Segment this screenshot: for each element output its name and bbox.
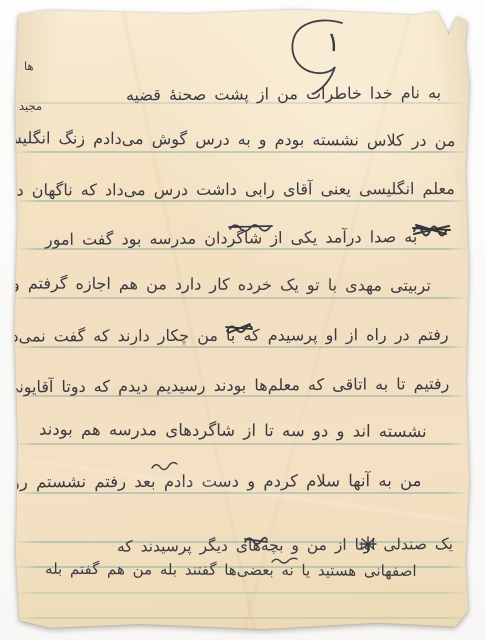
strikethrough-scribble <box>228 219 274 235</box>
handwritten-line: نشسته اند و دو سه تا از شاگردهای مدرسه ه… <box>39 410 427 442</box>
insertion-note: ها <box>24 61 34 73</box>
ruled-line <box>15 346 468 348</box>
handwritten-line: تربیتی مهدی با تو یک خرده کار دارد من هم… <box>12 262 431 295</box>
insertion-note: مجید <box>19 101 42 113</box>
ruled-line <box>15 297 468 299</box>
ruled-line <box>15 617 468 619</box>
ruled-line <box>15 492 468 494</box>
handwritten-line: به نام خدا خاطرات من از پشت صحنهٔ قضیه <box>126 72 441 104</box>
scribble-mark <box>243 533 269 549</box>
scan-background: ۱ به نام خدا خاطرات من از پشت صحنهٔ قضیه… <box>0 0 485 640</box>
pen-dash <box>60 630 69 633</box>
handwritten-line: اصفهانی هستید یا نه بعضی‌ها گفتند بله من… <box>45 552 417 580</box>
handwritten-line: رفتیم تا به اتاقی که معلم‌ها بودند رسیدی… <box>5 363 449 396</box>
ruled-line <box>15 443 468 445</box>
manuscript-page: ۱ به نام خدا خاطرات من از پشت صحنهٔ قضیه… <box>14 9 469 629</box>
handwritten-line: من به آنها سلام کردم و دست دادم بعد رفتم… <box>0 461 421 492</box>
strikethrough-scribble <box>412 221 452 239</box>
handwritten-line: من در کلاس نشسته بودم و به درس گوش می‌دا… <box>0 117 455 150</box>
ruled-line <box>15 151 468 153</box>
paper-shadow: ۱ به نام خدا خاطرات من از پشت صحنهٔ قضیه… <box>14 9 469 629</box>
page-number: ۱ <box>326 29 341 56</box>
scribble-mark <box>224 319 254 337</box>
scribble-mark <box>150 459 180 473</box>
ruled-line <box>15 200 468 202</box>
handwritten-line: معلم انگلیسی یعنی آقای رابی داشت درس می‌… <box>0 168 455 200</box>
ruled-line <box>15 592 468 594</box>
scribble-mark <box>357 535 379 553</box>
scribble-mark <box>270 555 300 566</box>
